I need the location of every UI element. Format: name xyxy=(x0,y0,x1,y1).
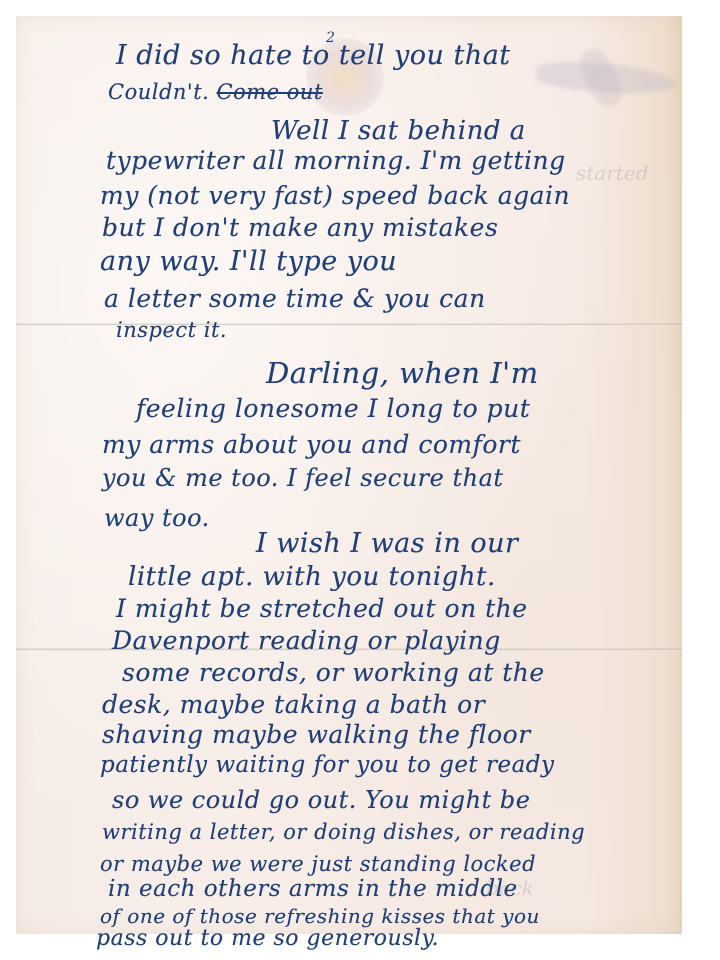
letter-line: some records, or working at the xyxy=(122,658,545,687)
letter-line: Davenport reading or playing xyxy=(112,626,501,655)
letter-line: a letter some time & you can xyxy=(104,284,486,313)
letter-line: you & me too. I feel secure that xyxy=(102,464,504,492)
letter-line: inspect it. xyxy=(116,318,227,342)
letter-line: Well I sat behind a xyxy=(271,116,526,146)
bleed-through-text: started xyxy=(576,161,648,185)
letter-line: I did so hate to tell you that xyxy=(116,40,511,71)
letter-line: or maybe we were just standing locked xyxy=(100,852,536,876)
letter-line: of one of those refreshing kisses that y… xyxy=(100,904,540,928)
airplane-watermark-icon xyxy=(535,59,677,97)
letter-line: little apt. with you tonight. xyxy=(128,562,496,592)
line-text: Couldn't. xyxy=(108,80,209,104)
letter-line: pass out to me so generously. xyxy=(96,926,439,951)
letter-line: any way. I'll type you xyxy=(100,246,397,277)
letter-line: shaving maybe walking the floor xyxy=(102,720,531,749)
letter-line: Darling, when I'm xyxy=(266,356,539,390)
letter-line: my arms about you and comfort xyxy=(102,430,521,459)
letter-line: feeling lonesome I long to put xyxy=(136,394,530,423)
letter-line: my (not very fast) speed back again xyxy=(100,181,570,210)
letter-line: way too. xyxy=(104,504,210,532)
letter-line: Couldn't. Come out xyxy=(108,80,323,104)
letter-line: I might be stretched out on the xyxy=(116,594,528,623)
letter-line: but I don't make any mistakes xyxy=(102,213,498,242)
letter-line: typewriter all morning. I'm getting xyxy=(106,146,566,175)
letter-line: so we could go out. You might be xyxy=(112,786,530,814)
struck-text: Come out xyxy=(217,80,323,104)
letter-line: in each others arms in the middle xyxy=(108,876,518,902)
letter-page: started back 2 I did so hate to tell you… xyxy=(16,16,682,934)
letter-line: I wish I was in our xyxy=(256,528,518,559)
letter-line: patiently waiting for you to get ready xyxy=(100,752,555,778)
letter-line: desk, maybe taking a bath or xyxy=(102,690,485,719)
letter-line: writing a letter, or doing dishes, or re… xyxy=(102,820,585,844)
